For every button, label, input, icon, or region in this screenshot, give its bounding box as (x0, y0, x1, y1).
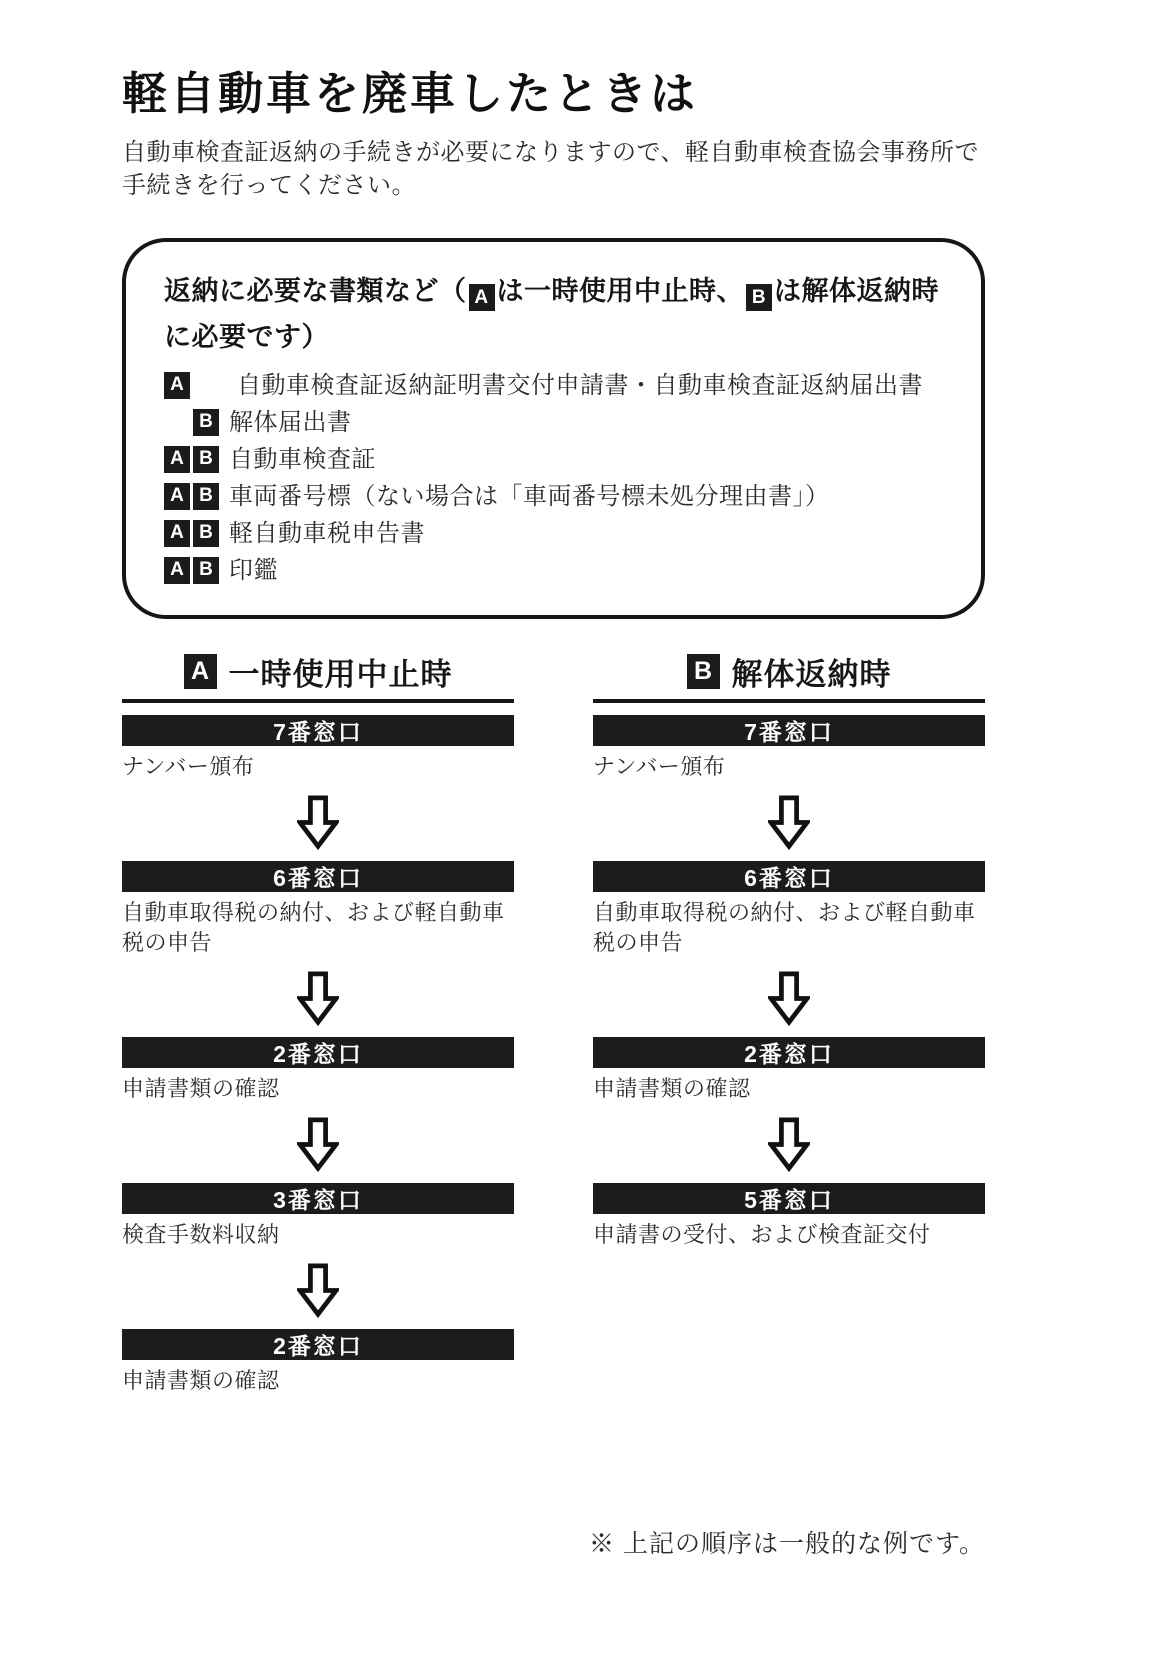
down-arrow-icon (768, 795, 810, 850)
down-arrow-icon (297, 795, 339, 850)
window-label: 5番窓口 (744, 1182, 834, 1215)
window-label: 7番窓口 (273, 714, 363, 747)
step-desc: 自動車取得税の納付、および軽自動車税の申告 (122, 898, 514, 958)
doc-item: B 解体届出書 (164, 409, 943, 437)
badge-column: A (164, 372, 219, 399)
window-label: 7番窓口 (744, 714, 834, 747)
step-desc: ナンバー頒布 (593, 752, 985, 782)
badge-b: B (193, 483, 219, 510)
doc-item: A B 軽自動車税申告書 (164, 520, 943, 548)
doc-item: A B 印鑑 (164, 557, 943, 585)
badge-a: A (164, 520, 190, 547)
docs-heading-mid: は一時使用中止時、 (497, 276, 745, 306)
window-bar: 5番窓口 (593, 1183, 985, 1214)
header-divider (122, 699, 514, 703)
footnote: ※ 上記の順序は一般的な例です。 (589, 1524, 985, 1560)
page-title: 軽自動車を廃車したときは (122, 68, 985, 120)
arrow-container (122, 795, 514, 850)
doc-item-text: 車両番号標（ない場合は「車両番号標未処分理由書」） (229, 483, 830, 511)
window-label: 2番窓口 (273, 1036, 363, 1069)
down-arrow-icon (297, 971, 339, 1026)
doc-item: A B 自動車検査証 (164, 446, 943, 474)
down-arrow-icon (297, 1117, 339, 1172)
flow-title-b: 解体返納時 (732, 649, 892, 694)
window-bar: 6番窓口 (593, 861, 985, 892)
window-bar: 2番窓口 (122, 1037, 514, 1068)
badge-column: A B (164, 520, 219, 547)
arrow-container (122, 971, 514, 1026)
badge-column: A B (164, 446, 219, 473)
window-label: 3番窓口 (273, 1182, 363, 1215)
badge-b: B (193, 557, 219, 584)
badge-column: A B (164, 557, 219, 584)
step-desc: 申請書類の確認 (122, 1074, 514, 1104)
docs-box-heading: 返納に必要な書類など（Aは一時使用中止時、Bは解体返納時に必要です） (164, 268, 943, 360)
step-desc: 自動車取得税の納付、および軽自動車税の申告 (593, 898, 985, 958)
flow-title-a: 一時使用中止時 (229, 649, 453, 694)
badge-column: B (164, 409, 219, 436)
window-label: 6番窓口 (744, 860, 834, 893)
flow-header-a: A 一時使用中止時 (122, 651, 514, 693)
step-desc: 申請書の受付、および検査証交付 (593, 1220, 985, 1250)
doc-item-text: 印鑑 (229, 557, 278, 585)
badge-column: A B (164, 483, 219, 510)
badge-a: A (164, 557, 190, 584)
down-arrow-icon (297, 1263, 339, 1318)
doc-item-text: 軽自動車税申告書 (229, 520, 425, 548)
docs-heading-pre: 返納に必要な書類など（ (164, 276, 467, 306)
doc-item: A B 車両番号標（ない場合は「車両番号標未処分理由書」） (164, 483, 943, 511)
flow-column-a: A 一時使用中止時 7番窓口 ナンバー頒布 6番窓口 自動車取得税の納付、および… (122, 651, 514, 1396)
arrow-container (593, 971, 985, 1026)
page-content: 軽自動車を廃車したときは 自動車検査証返納の手続きが必要になりますので、軽自動車… (122, 0, 985, 1396)
badge-a: A (164, 372, 190, 399)
procedure-flows: A 一時使用中止時 7番窓口 ナンバー頒布 6番窓口 自動車取得税の納付、および… (122, 651, 985, 1396)
intro-text: 自動車検査証返納の手続きが必要になりますので、軽自動車検査協会事務所で手続きを行… (122, 136, 985, 202)
step-desc: 申請書類の確認 (122, 1366, 514, 1396)
arrow-container (593, 795, 985, 850)
window-bar: 7番窓口 (122, 715, 514, 746)
arrow-container (122, 1263, 514, 1318)
arrow-container (593, 1117, 985, 1172)
window-label: 6番窓口 (273, 860, 363, 893)
window-bar: 2番窓口 (122, 1329, 514, 1360)
doc-item-text: 自動車検査証返納証明書交付申請書・自動車検査証返納届出書 (237, 372, 923, 400)
window-bar: 3番窓口 (122, 1183, 514, 1214)
flow-header-b: B 解体返納時 (593, 651, 985, 693)
down-arrow-icon (768, 1117, 810, 1172)
window-bar: 2番窓口 (593, 1037, 985, 1068)
doc-item-text: 解体届出書 (229, 409, 352, 437)
header-divider (593, 699, 985, 703)
badge-b: B (687, 654, 720, 689)
badge-a: A (164, 446, 190, 473)
doc-item-text: 自動車検査証 (229, 446, 376, 474)
arrow-container (122, 1117, 514, 1172)
step-desc: ナンバー頒布 (122, 752, 514, 782)
badge-b: B (193, 409, 219, 436)
step-desc: 申請書類の確認 (593, 1074, 985, 1104)
step-desc: 検査手数料収納 (122, 1220, 514, 1250)
window-bar: 7番窓口 (593, 715, 985, 746)
badge-a: A (469, 284, 495, 311)
window-label: 2番窓口 (273, 1328, 363, 1361)
required-documents-box: 返納に必要な書類など（Aは一時使用中止時、Bは解体返納時に必要です） A 自動車… (122, 238, 985, 619)
doc-item: A 自動車検査証返納証明書交付申請書・自動車検査証返納届出書 (164, 372, 943, 400)
badge-b: B (193, 520, 219, 547)
badge-b: B (193, 446, 219, 473)
flow-column-b: B 解体返納時 7番窓口 ナンバー頒布 6番窓口 自動車取得税の納付、および軽自… (593, 651, 985, 1396)
badge-b: B (746, 284, 772, 311)
badge-a: A (164, 483, 190, 510)
down-arrow-icon (768, 971, 810, 1026)
badge-a: A (184, 654, 217, 689)
window-bar: 6番窓口 (122, 861, 514, 892)
docs-list: A 自動車検査証返納証明書交付申請書・自動車検査証返納届出書 B 解体届出書 A… (164, 372, 943, 585)
window-label: 2番窓口 (744, 1036, 834, 1069)
